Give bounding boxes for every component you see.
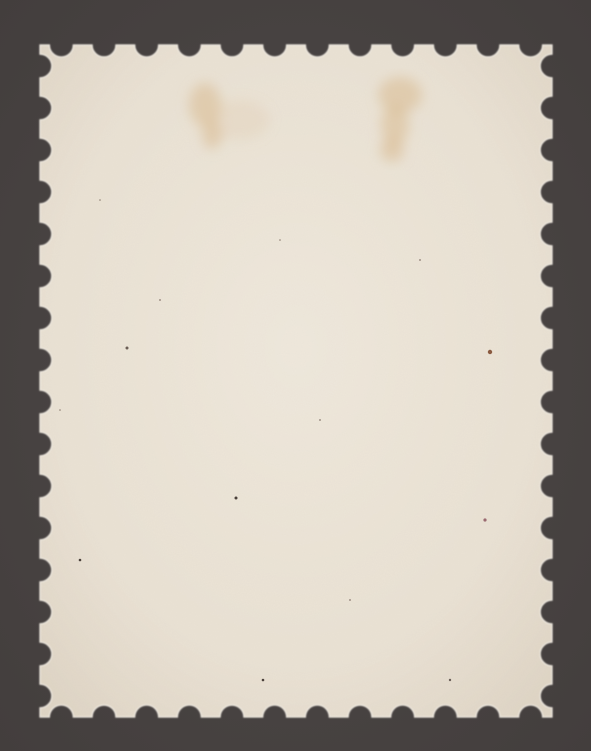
stamp-back [0, 0, 591, 751]
stamp-photo [0, 0, 591, 751]
